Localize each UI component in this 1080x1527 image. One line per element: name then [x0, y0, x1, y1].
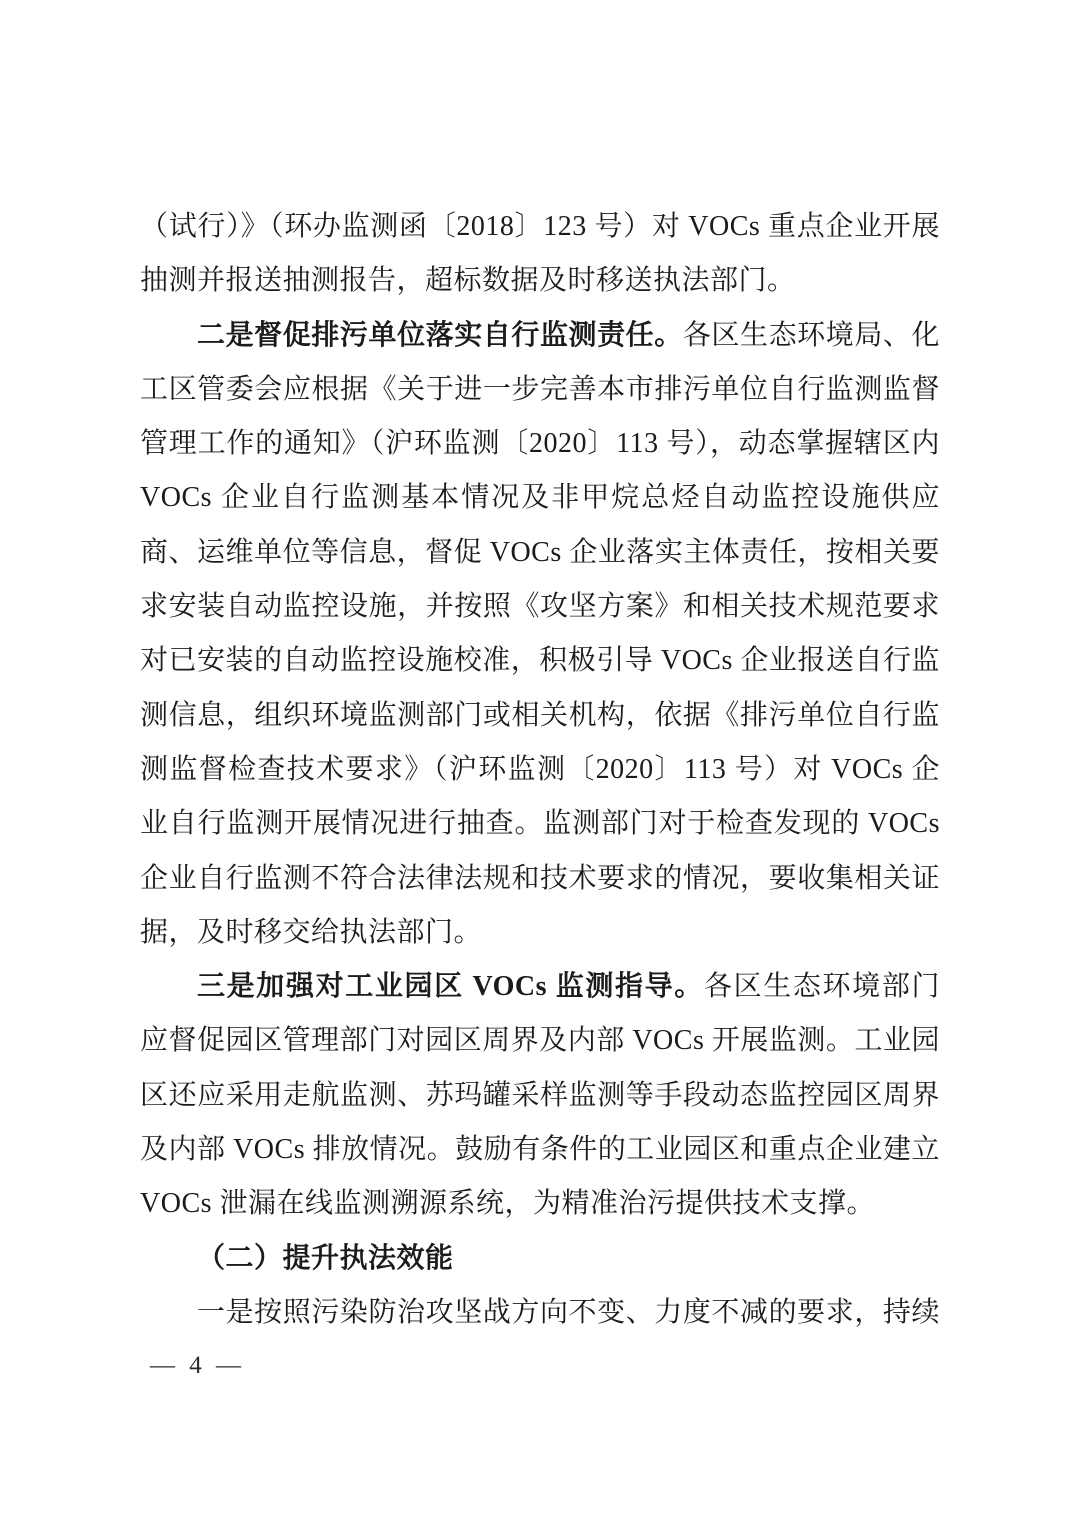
text-line: 区还应采用走航监测、苏玛罐采样监测等手段动态监控园区周界 [140, 1069, 940, 1123]
text-segment: 管理工作的通知》（沪环监测〔2020〕113 号），动态掌握辖区内 [140, 428, 940, 459]
document-body: （试行）》（环办监测函〔2018〕123 号）对 VOCs 重点企业开展抽测并报… [140, 200, 940, 1340]
text-line: 三是加强对工业园区 VOCs 监测指导。各区生态环境部门 [140, 960, 940, 1014]
text-line: 企业自行监测不符合法律法规和技术要求的情况，要收集相关证 [140, 852, 940, 906]
text-line: 求安装自动监控设施，并按照《攻坚方案》和相关技术规范要求 [140, 580, 940, 634]
text-segment: 应督促园区管理部门对园区周界及内部 VOCs 开展监测。工业园 [140, 1025, 940, 1056]
text-line: 测信息，组织环境监测部门或相关机构，依据《排污单位自行监 [140, 689, 940, 743]
text-line: 管理工作的通知》（沪环监测〔2020〕113 号），动态掌握辖区内 [140, 417, 940, 471]
text-segment: 一是按照污染防治攻坚战方向不变、力度不减的要求，持续 [197, 1297, 940, 1328]
text-segment: VOCs 企业自行监测基本情况及非甲烷总烃自动监控设施供应 [140, 482, 940, 513]
text-line: （试行）》（环办监测函〔2018〕123 号）对 VOCs 重点企业开展 [140, 200, 940, 254]
text-segment: 企业自行监测不符合法律法规和技术要求的情况，要收集相关证 [140, 863, 940, 894]
text-line: 商、运维单位等信息，督促 VOCs 企业落实主体责任，按相关要 [140, 526, 940, 580]
bold-text-segment: 三是加强对工业园区 VOCs 监测指导。 [197, 971, 704, 1002]
text-line: 据，及时移交给执法部门。 [140, 906, 940, 960]
text-segment: 业自行监测开展情况进行抽查。监测部门对于检查发现的 VOCs [140, 808, 940, 839]
text-segment: 工区管委会应根据《关于进一步完善本市排污单位自行监测监督 [140, 374, 940, 405]
bold-text-segment: 二是督促排污单位落实自行监测责任。 [197, 320, 683, 351]
text-line: 及内部 VOCs 排放情况。鼓励有条件的工业园区和重点企业建立 [140, 1123, 940, 1177]
text-segment: 测监督检查技术要求》（沪环监测〔2020〕113 号）对 VOCs 企 [140, 754, 940, 785]
text-segment: 据，及时移交给执法部门。 [140, 917, 482, 948]
bold-text-segment: （二）提升执法效能 [197, 1243, 454, 1274]
document-page: （试行）》（环办监测函〔2018〕123 号）对 VOCs 重点企业开展抽测并报… [0, 0, 1080, 1527]
text-line: 业自行监测开展情况进行抽查。监测部门对于检查发现的 VOCs [140, 797, 940, 851]
text-segment: 各区生态环境部门 [704, 971, 940, 1002]
text-line: 抽测并报送抽测报告，超标数据及时移送执法部门。 [140, 254, 940, 308]
text-line: 应督促园区管理部门对园区周界及内部 VOCs 开展监测。工业园 [140, 1014, 940, 1068]
text-line: 对已安装的自动监控设施校准，积极引导 VOCs 企业报送自行监 [140, 634, 940, 688]
text-line: VOCs 泄漏在线监测溯源系统，为精准治污提供技术支撑。 [140, 1177, 940, 1231]
text-segment: 各区生态环境局、化 [683, 320, 940, 351]
page-number: — 4 — [150, 1349, 242, 1383]
text-segment: 对已安装的自动监控设施校准，积极引导 VOCs 企业报送自行监 [140, 645, 940, 676]
text-line: VOCs 企业自行监测基本情况及非甲烷总烃自动监控设施供应 [140, 471, 940, 525]
text-segment: 测信息，组织环境监测部门或相关机构，依据《排污单位自行监 [140, 700, 940, 731]
text-segment: 及内部 VOCs 排放情况。鼓励有条件的工业园区和重点企业建立 [140, 1134, 940, 1165]
text-segment: （试行）》（环办监测函〔2018〕123 号）对 VOCs 重点企业开展 [140, 211, 940, 242]
text-line: 一是按照污染防治攻坚战方向不变、力度不减的要求，持续 [140, 1286, 940, 1340]
text-line: 工区管委会应根据《关于进一步完善本市排污单位自行监测监督 [140, 363, 940, 417]
text-segment: 求安装自动监控设施，并按照《攻坚方案》和相关技术规范要求 [140, 591, 940, 622]
text-line: 二是督促排污单位落实自行监测责任。各区生态环境局、化 [140, 309, 940, 363]
text-line: 测监督检查技术要求》（沪环监测〔2020〕113 号）对 VOCs 企 [140, 743, 940, 797]
text-segment: 抽测并报送抽测报告，超标数据及时移送执法部门。 [140, 265, 796, 296]
text-segment: VOCs 泄漏在线监测溯源系统，为精准治污提供技术支撑。 [140, 1188, 875, 1219]
text-segment: 商、运维单位等信息，督促 VOCs 企业落实主体责任，按相关要 [140, 537, 940, 568]
text-segment: 区还应采用走航监测、苏玛罐采样监测等手段动态监控园区周界 [140, 1080, 940, 1111]
text-line: （二）提升执法效能 [140, 1232, 940, 1286]
